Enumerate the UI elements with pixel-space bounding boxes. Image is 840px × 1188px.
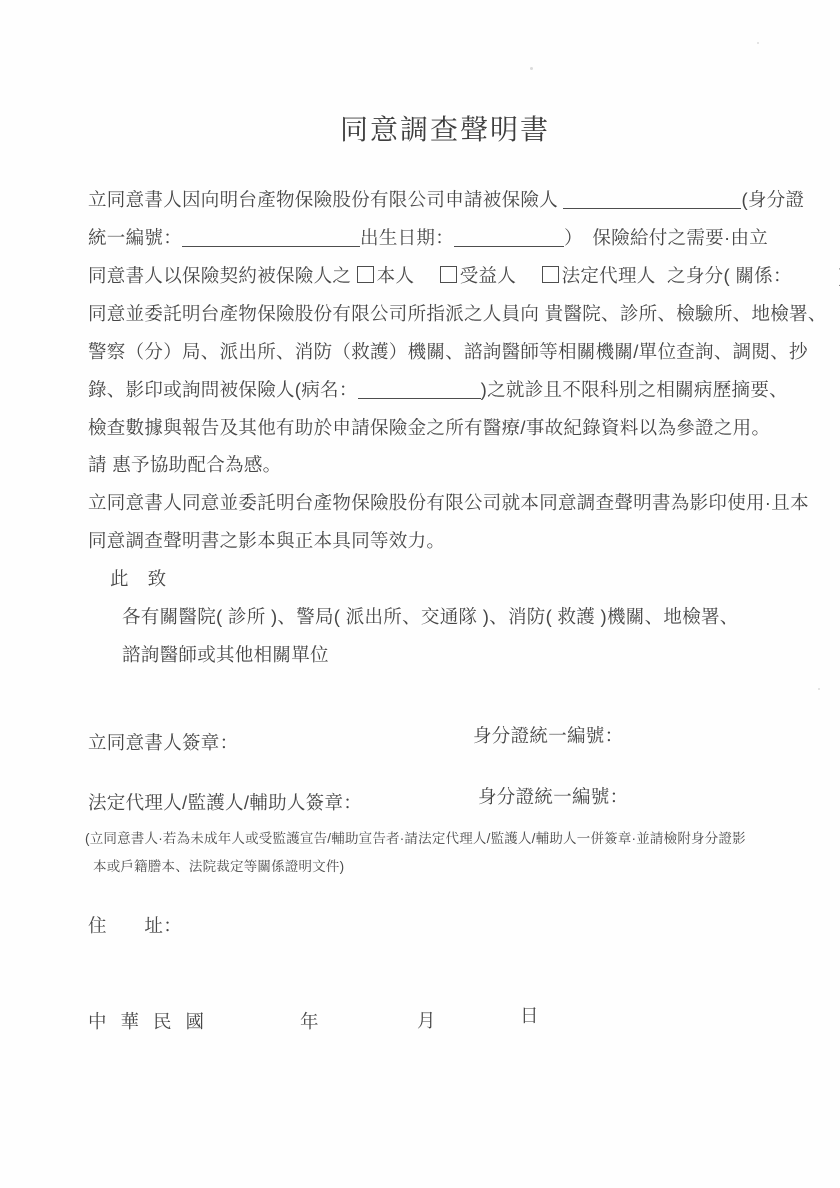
- option-self: 本人: [357, 265, 415, 286]
- body-line-5: 警察（分）局、派出所、消防（救護）機關、諮詢醫師等相關機關/單位查詢、調閱、抄: [88, 338, 808, 364]
- month-label: 月: [417, 1007, 436, 1033]
- disease-name-suffix: )之就診且不限科別之相關病歷摘要、: [481, 379, 788, 400]
- roc-era-label: 中華民國: [88, 1008, 218, 1034]
- body-line-7: 檢查數據與報告及其他有助於申請保險金之所有醫療/事故紀錄資料以為參證之用。: [88, 414, 770, 440]
- identity-line-prefix: 同意書人以保險契約被保險人之: [88, 265, 351, 286]
- intro-line-1-text: 立同意書人因向明台產物保險股份有限公司申請被保險人: [88, 189, 558, 210]
- copy-clause-line-1: 立同意書人同意並委託明台產物保險股份有限公司就本同意調查聲明書為影印使用·且本: [88, 489, 809, 515]
- birth-date-blank: [454, 226, 564, 247]
- scan-speck: [757, 42, 759, 44]
- intro-line-2: 統一編號：出生日期：） 保險給付之需要·由立: [88, 224, 768, 250]
- id-number-label: 統一編號：: [88, 227, 182, 248]
- day-label: 日: [520, 1002, 539, 1028]
- birth-date-label: 出生日期：: [360, 227, 454, 248]
- address-field-label: 住 址：: [88, 912, 182, 938]
- disease-name-blank: [358, 378, 481, 399]
- intro-line-2-tail: ） 保險給付之需要·由立: [564, 227, 768, 248]
- option-beneficiary-label: 受益人: [460, 265, 516, 286]
- guardian-note-line-1: (立同意書人·若為未成年人或受監護宣告/輔助宣告者·請法定代理人/監護人/輔助人…: [85, 827, 746, 847]
- intro-line-1-suffix: (身分證: [741, 189, 804, 210]
- page-title: 同意調查聲明書: [340, 108, 550, 148]
- body-line-4: 同意並委託明台產物保險股份有限公司所指派之人員向 貴醫院、診所、檢驗所、地檢署、: [88, 300, 827, 326]
- salutation: 此 致: [110, 565, 166, 591]
- declarant-signature-label: 立同意書人簽章：: [88, 729, 238, 755]
- body-line-8: 請 惠予協助配合為感。: [88, 451, 281, 477]
- identity-checkbox-line: 同意書人以保險契約被保險人之 本人 受益人 法定代理人 之身分( 關係： ): [88, 262, 840, 288]
- identity-line-suffix: 之身分( 關係： ): [667, 265, 840, 286]
- checkbox-beneficiary-icon: [440, 266, 457, 283]
- intro-line-1: 立同意書人因向明台產物保險股份有限公司申請被保險人 (身分證: [88, 186, 804, 212]
- guardian-id-label: 身分證統一編號：: [478, 783, 628, 809]
- option-beneficiary: 受益人: [440, 265, 516, 286]
- guardian-note-line-2: 本或戶籍謄本、法院裁定等關係證明文件): [93, 855, 344, 875]
- checkbox-self-icon: [357, 266, 374, 283]
- copy-clause-line-2: 同意調查聲明書之影本與正本具同等效力。: [88, 527, 445, 553]
- addressee-line-1: 各有關醫院( 診所 )、警局( 派出所、交通隊 )、消防( 救護 )機關、地檢署…: [122, 603, 739, 629]
- addressee-line-2: 諮詢醫師或其他相關單位: [122, 641, 329, 667]
- option-legal-representative: 法定代理人: [542, 265, 656, 286]
- body-line-6: 錄、影印或詢問被保險人(病名：)之就診且不限科別之相關病歷摘要、: [88, 376, 788, 402]
- scanned-consent-form-page: 同意調查聲明書 立同意書人因向明台產物保險股份有限公司申請被保險人 (身分證 統…: [0, 0, 840, 1188]
- guardian-signature-label: 法定代理人/監護人/輔助人簽章：: [88, 789, 362, 815]
- scan-speck: [530, 67, 533, 70]
- declarant-id-label: 身分證統一編號：: [473, 722, 623, 748]
- option-legal-representative-label: 法定代理人: [562, 265, 656, 286]
- insured-name-blank: [563, 188, 741, 209]
- scan-speck: [818, 688, 820, 690]
- checkbox-legal-representative-icon: [542, 266, 559, 283]
- option-self-label: 本人: [377, 265, 415, 286]
- id-number-blank: [182, 226, 360, 247]
- year-label: 年: [300, 1008, 319, 1034]
- disease-name-prefix: 錄、影印或詢問被保險人(病名：: [88, 379, 358, 400]
